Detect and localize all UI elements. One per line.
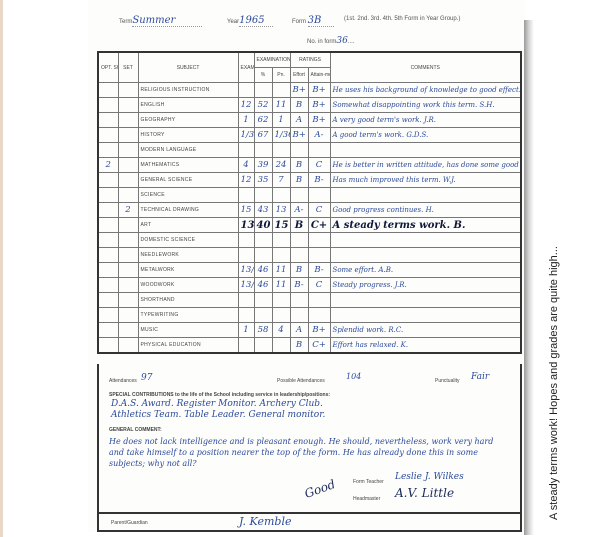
exam-pn-cell: 13 bbox=[272, 203, 290, 218]
attainment-cell: B- bbox=[308, 263, 330, 278]
punctuality-label: Punctuality bbox=[435, 378, 459, 384]
comment-cell bbox=[330, 308, 521, 323]
exam-position-cell bbox=[238, 248, 254, 263]
parent-signature: J. Kemble bbox=[239, 515, 291, 528]
subject-cell: Typewriting bbox=[138, 308, 238, 323]
term-label: Term bbox=[119, 19, 132, 25]
attainment-cell: B+ bbox=[308, 113, 330, 128]
comment-cell: Steady progress. J.R. bbox=[330, 278, 521, 293]
set-cell bbox=[118, 308, 138, 323]
exam-pn-cell: 15 bbox=[272, 218, 290, 233]
attainment-cell bbox=[308, 188, 330, 203]
set-cell bbox=[118, 263, 138, 278]
exam-percent-cell bbox=[254, 293, 272, 308]
subject-cell: Metalwork bbox=[138, 263, 238, 278]
col-exam-percent: % bbox=[254, 68, 272, 83]
comment-cell: Somewhat disappointing work this term. S… bbox=[330, 98, 521, 113]
special-contributions-line2: Athletics Team. Table Leader. General mo… bbox=[111, 410, 325, 420]
attainment-cell: B- bbox=[308, 173, 330, 188]
set-cell bbox=[118, 158, 138, 173]
effort-cell: B bbox=[290, 158, 308, 173]
effort-cell bbox=[290, 308, 308, 323]
exam-percent-cell: 58 bbox=[254, 323, 272, 338]
subject-cell: History bbox=[138, 128, 238, 143]
exam-percent-cell bbox=[254, 83, 272, 98]
col-examination: EXAMINATION bbox=[254, 52, 290, 68]
form-group-note: (1st. 2nd. 3rd. 4th. 5th Form in Year Gr… bbox=[344, 16, 460, 22]
headmaster-label: Headmaster bbox=[353, 496, 380, 502]
comment-cell: Has much improved this term. W.J. bbox=[330, 173, 521, 188]
subject-cell: Art bbox=[138, 218, 238, 233]
grades-table: OPT. SUBJ. SET SUBJECT EXAM. PN. EXAMINA… bbox=[97, 51, 522, 354]
form-label: Form bbox=[292, 19, 306, 25]
comment-cell: Effort has relaxed. K. bbox=[330, 338, 521, 354]
year-label: Year bbox=[227, 19, 239, 25]
attainment-cell: C bbox=[308, 278, 330, 293]
opt-subj-cell bbox=[98, 248, 118, 263]
special-contributions-line1: D.A.S. Award. Register Monitor. Archery … bbox=[111, 399, 323, 409]
exam-percent-cell bbox=[254, 248, 272, 263]
comment-cell bbox=[330, 188, 521, 203]
set-cell bbox=[118, 188, 138, 203]
parent-label: Parent/Guardian bbox=[111, 520, 148, 526]
comment-cell: Good progress continues. H. bbox=[330, 203, 521, 218]
set-cell bbox=[118, 98, 138, 113]
table-row: Typewriting bbox=[98, 308, 521, 323]
exam-position-cell: 4 bbox=[238, 158, 254, 173]
set-cell bbox=[118, 293, 138, 308]
set-cell bbox=[118, 233, 138, 248]
exam-pn-cell: 4 bbox=[272, 323, 290, 338]
attainment-cell: C bbox=[308, 203, 330, 218]
set-cell bbox=[118, 248, 138, 263]
comment-cell bbox=[330, 293, 521, 308]
effort-cell bbox=[290, 248, 308, 263]
exam-position-cell: 13= bbox=[238, 218, 254, 233]
table-row: Domestic Science bbox=[98, 233, 521, 248]
table-row: Shorthand bbox=[98, 293, 521, 308]
opt-subj-cell bbox=[98, 128, 118, 143]
opt-subj-cell bbox=[98, 83, 118, 98]
subject-cell: Science bbox=[138, 188, 238, 203]
exam-position-cell bbox=[238, 308, 254, 323]
possible-attendance-label: Possible Attendances bbox=[277, 378, 325, 384]
headmaster-signature: A.V. Little bbox=[395, 486, 454, 500]
exam-percent-cell: 40 bbox=[254, 218, 272, 233]
parent-row: Parent/Guardian J. Kemble bbox=[99, 512, 520, 532]
table-row: Woodwork13/274611B-CSteady progress. J.R… bbox=[98, 278, 521, 293]
col-opt-subj: OPT. SUBJ. bbox=[98, 52, 118, 83]
table-row: Religious InstructionB+B+He uses his bac… bbox=[98, 83, 521, 98]
exam-percent-cell: 39 bbox=[254, 158, 272, 173]
punctuality-value: Fair bbox=[471, 372, 489, 382]
subject-cell: General Science bbox=[138, 173, 238, 188]
exam-percent-cell bbox=[254, 233, 272, 248]
comment-cell bbox=[330, 248, 521, 263]
opt-subj-cell bbox=[98, 338, 118, 354]
set-cell bbox=[118, 323, 138, 338]
table-row: Music1584AB+Splendid work. R.C. bbox=[98, 323, 521, 338]
attainment-cell: B+ bbox=[308, 98, 330, 113]
exam-pn-cell: 24 bbox=[272, 158, 290, 173]
subject-cell: Geography bbox=[138, 113, 238, 128]
exam-position-cell: 1 bbox=[238, 323, 254, 338]
exam-position-cell: 12 bbox=[238, 173, 254, 188]
table-row: English125211BB+Somewhat disappointing w… bbox=[98, 98, 521, 113]
opt-subj-cell: 2 bbox=[98, 158, 118, 173]
exam-pn-cell: 11 bbox=[272, 98, 290, 113]
table-row: Physical EducationBC+Effort has relaxed.… bbox=[98, 338, 521, 354]
set-cell bbox=[118, 128, 138, 143]
comment-cell bbox=[330, 233, 521, 248]
table-row: History1/36671/36B+A-A good term's work.… bbox=[98, 128, 521, 143]
photo-left-edge bbox=[0, 0, 3, 537]
exam-pn-cell bbox=[272, 83, 290, 98]
general-comment-label: GENERAL COMMENT: bbox=[109, 427, 162, 433]
table-row: Art13=4015BC+A steady terms work. B. bbox=[98, 218, 521, 233]
attainment-cell: C+ bbox=[308, 218, 330, 233]
attendance-label: Attendances bbox=[109, 378, 137, 384]
table-row: Science bbox=[98, 188, 521, 203]
exam-percent-cell: 46 bbox=[254, 278, 272, 293]
effort-cell: B+ bbox=[290, 83, 308, 98]
year-value: 1965 bbox=[239, 15, 264, 26]
subject-cell: Needlework bbox=[138, 248, 238, 263]
opt-subj-cell bbox=[98, 263, 118, 278]
effort-cell: B- bbox=[290, 278, 308, 293]
subject-cell: Music bbox=[138, 323, 238, 338]
form-value: 3B bbox=[308, 15, 322, 26]
exam-pn-cell: 7 bbox=[272, 173, 290, 188]
exam-position-cell: 13/27 bbox=[238, 278, 254, 293]
opt-subj-cell bbox=[98, 323, 118, 338]
exam-pn-cell: 11 bbox=[272, 278, 290, 293]
term-value: Summer bbox=[132, 15, 175, 26]
col-effort: Effort bbox=[290, 68, 308, 83]
exam-position-cell: 1 bbox=[238, 113, 254, 128]
opt-subj-cell bbox=[98, 173, 118, 188]
attendance-value: 97 bbox=[141, 373, 152, 383]
subject-cell: Technical Drawing bbox=[138, 203, 238, 218]
possible-attendance-value: 104 bbox=[346, 372, 361, 381]
col-attainment: Attain-ment bbox=[308, 68, 330, 83]
opt-subj-cell bbox=[98, 218, 118, 233]
comment-cell: Some effort. A.B. bbox=[330, 263, 521, 278]
effort-cell bbox=[290, 233, 308, 248]
attainment-cell: B+ bbox=[308, 323, 330, 338]
subject-cell: Woodwork bbox=[138, 278, 238, 293]
subject-cell: Mathematics bbox=[138, 158, 238, 173]
exam-pn-cell bbox=[272, 188, 290, 203]
exam-percent-cell bbox=[254, 188, 272, 203]
effort-cell bbox=[290, 143, 308, 158]
attainment-cell: C+ bbox=[308, 338, 330, 354]
set-cell bbox=[118, 143, 138, 158]
effort-cell: B bbox=[290, 338, 308, 354]
exam-pn-cell: 11 bbox=[272, 263, 290, 278]
subject-cell: Modern Language bbox=[138, 143, 238, 158]
effort-cell: A bbox=[290, 113, 308, 128]
table-row: 2Mathematics43924BCHe is better in writt… bbox=[98, 158, 521, 173]
exam-pn-cell bbox=[272, 248, 290, 263]
comment-cell: He uses his background of knowledge to g… bbox=[330, 83, 521, 98]
comment-cell: Splendid work. R.C. bbox=[330, 323, 521, 338]
exam-position-cell bbox=[238, 83, 254, 98]
set-cell bbox=[118, 218, 138, 233]
exam-pn-cell bbox=[272, 233, 290, 248]
exam-pn-cell bbox=[272, 143, 290, 158]
col-comments: COMMENTS bbox=[330, 52, 521, 83]
effort-cell: A- bbox=[290, 203, 308, 218]
exam-pn-cell: 1 bbox=[272, 113, 290, 128]
opt-subj-cell bbox=[98, 203, 118, 218]
opt-subj-cell bbox=[98, 308, 118, 323]
attainment-cell: A- bbox=[308, 128, 330, 143]
comment-cell: A steady terms work. B. bbox=[330, 218, 521, 233]
comment-cell bbox=[330, 143, 521, 158]
opt-subj-cell bbox=[98, 188, 118, 203]
comment-cell: He is better in written attitude, has do… bbox=[330, 158, 521, 173]
exam-position-cell: 15 bbox=[238, 203, 254, 218]
number-in-form: No. in form36.... bbox=[307, 36, 354, 46]
exam-pn-cell bbox=[272, 293, 290, 308]
exam-position-cell bbox=[238, 338, 254, 354]
exam-percent-cell: 67 bbox=[254, 128, 272, 143]
special-contributions-label: SPECIAL CONTRIBUTIONS to the life of the… bbox=[109, 392, 330, 398]
effort-cell bbox=[290, 293, 308, 308]
exam-percent-cell: 43 bbox=[254, 203, 272, 218]
col-subject: SUBJECT bbox=[138, 52, 238, 83]
exam-percent-cell: 52 bbox=[254, 98, 272, 113]
comment-cell: A very good term's work. J.R. bbox=[330, 113, 521, 128]
exam-pn-cell bbox=[272, 308, 290, 323]
effort-cell: B bbox=[290, 263, 308, 278]
set-cell: 2 bbox=[118, 203, 138, 218]
effort-cell: A bbox=[290, 323, 308, 338]
attainment-cell bbox=[308, 308, 330, 323]
attainment-cell: B+ bbox=[308, 83, 330, 98]
effort-cell: B bbox=[290, 218, 308, 233]
exam-position-cell: 1/36 bbox=[238, 128, 254, 143]
set-cell bbox=[118, 338, 138, 354]
exam-position-cell bbox=[238, 293, 254, 308]
col-set: SET bbox=[118, 52, 138, 83]
exam-percent-cell bbox=[254, 338, 272, 354]
subject-cell: Religious Instruction bbox=[138, 83, 238, 98]
subject-cell: English bbox=[138, 98, 238, 113]
exam-percent-cell: 62 bbox=[254, 113, 272, 128]
attainment-cell bbox=[308, 248, 330, 263]
attainment-cell: C bbox=[308, 158, 330, 173]
exam-percent-cell bbox=[254, 143, 272, 158]
comment-cell: A good term's work. G.D.S. bbox=[330, 128, 521, 143]
attainment-cell bbox=[308, 143, 330, 158]
general-comment-text: He does not lack intelligence and is ple… bbox=[109, 436, 509, 469]
subject-cell: Domestic Science bbox=[138, 233, 238, 248]
set-cell bbox=[118, 113, 138, 128]
photo-caption: A steady terms work! Hopes and grades ar… bbox=[548, 246, 560, 520]
report-footer: Attendances 97 Possible Attendances 104 … bbox=[97, 364, 522, 532]
effort-cell bbox=[290, 188, 308, 203]
exam-position-cell bbox=[238, 143, 254, 158]
page-shadow bbox=[524, 20, 534, 535]
exam-pn-cell bbox=[272, 338, 290, 354]
table-row: Needlework bbox=[98, 248, 521, 263]
exam-percent-cell: 46 bbox=[254, 263, 272, 278]
opt-subj-cell bbox=[98, 233, 118, 248]
opt-subj-cell bbox=[98, 98, 118, 113]
col-exam-position: EXAM. PN. bbox=[238, 52, 254, 83]
table-row: 2Technical Drawing154313A-CGood progress… bbox=[98, 203, 521, 218]
no-in-form-label: No. in form bbox=[307, 39, 336, 45]
set-cell bbox=[118, 173, 138, 188]
col-exam-pn: Pn. bbox=[272, 68, 290, 83]
no-in-form-value: 36 bbox=[336, 36, 347, 46]
set-cell bbox=[118, 83, 138, 98]
headmaster-note: Good bbox=[303, 477, 338, 501]
exam-position-cell: 13/ bbox=[238, 263, 254, 278]
form-teacher-label: Form Teacher bbox=[353, 479, 384, 485]
subject-cell: Physical Education bbox=[138, 338, 238, 354]
opt-subj-cell bbox=[98, 113, 118, 128]
effort-cell: B bbox=[290, 173, 308, 188]
opt-subj-cell bbox=[98, 143, 118, 158]
exam-position-cell bbox=[238, 233, 254, 248]
set-cell bbox=[118, 278, 138, 293]
col-ratings: RATINGS bbox=[290, 52, 330, 68]
attainment-cell bbox=[308, 293, 330, 308]
table-row: General Science12357BB-Has much improved… bbox=[98, 173, 521, 188]
form-teacher-signature: Leslie J. Wilkes bbox=[395, 472, 464, 482]
table-row: Geography1621AB+A very good term's work.… bbox=[98, 113, 521, 128]
effort-cell: B+ bbox=[290, 128, 308, 143]
opt-subj-cell bbox=[98, 278, 118, 293]
table-row: Modern Language bbox=[98, 143, 521, 158]
effort-cell: B bbox=[290, 98, 308, 113]
exam-position-cell bbox=[238, 188, 254, 203]
subject-cell: Shorthand bbox=[138, 293, 238, 308]
attainment-cell bbox=[308, 233, 330, 248]
table-row: Metalwork13/4611BB-Some effort. A.B. bbox=[98, 263, 521, 278]
exam-position-cell: 12 bbox=[238, 98, 254, 113]
exam-pn-cell: 1/36 bbox=[272, 128, 290, 143]
opt-subj-cell bbox=[98, 293, 118, 308]
exam-percent-cell bbox=[254, 308, 272, 323]
exam-percent-cell: 35 bbox=[254, 173, 272, 188]
